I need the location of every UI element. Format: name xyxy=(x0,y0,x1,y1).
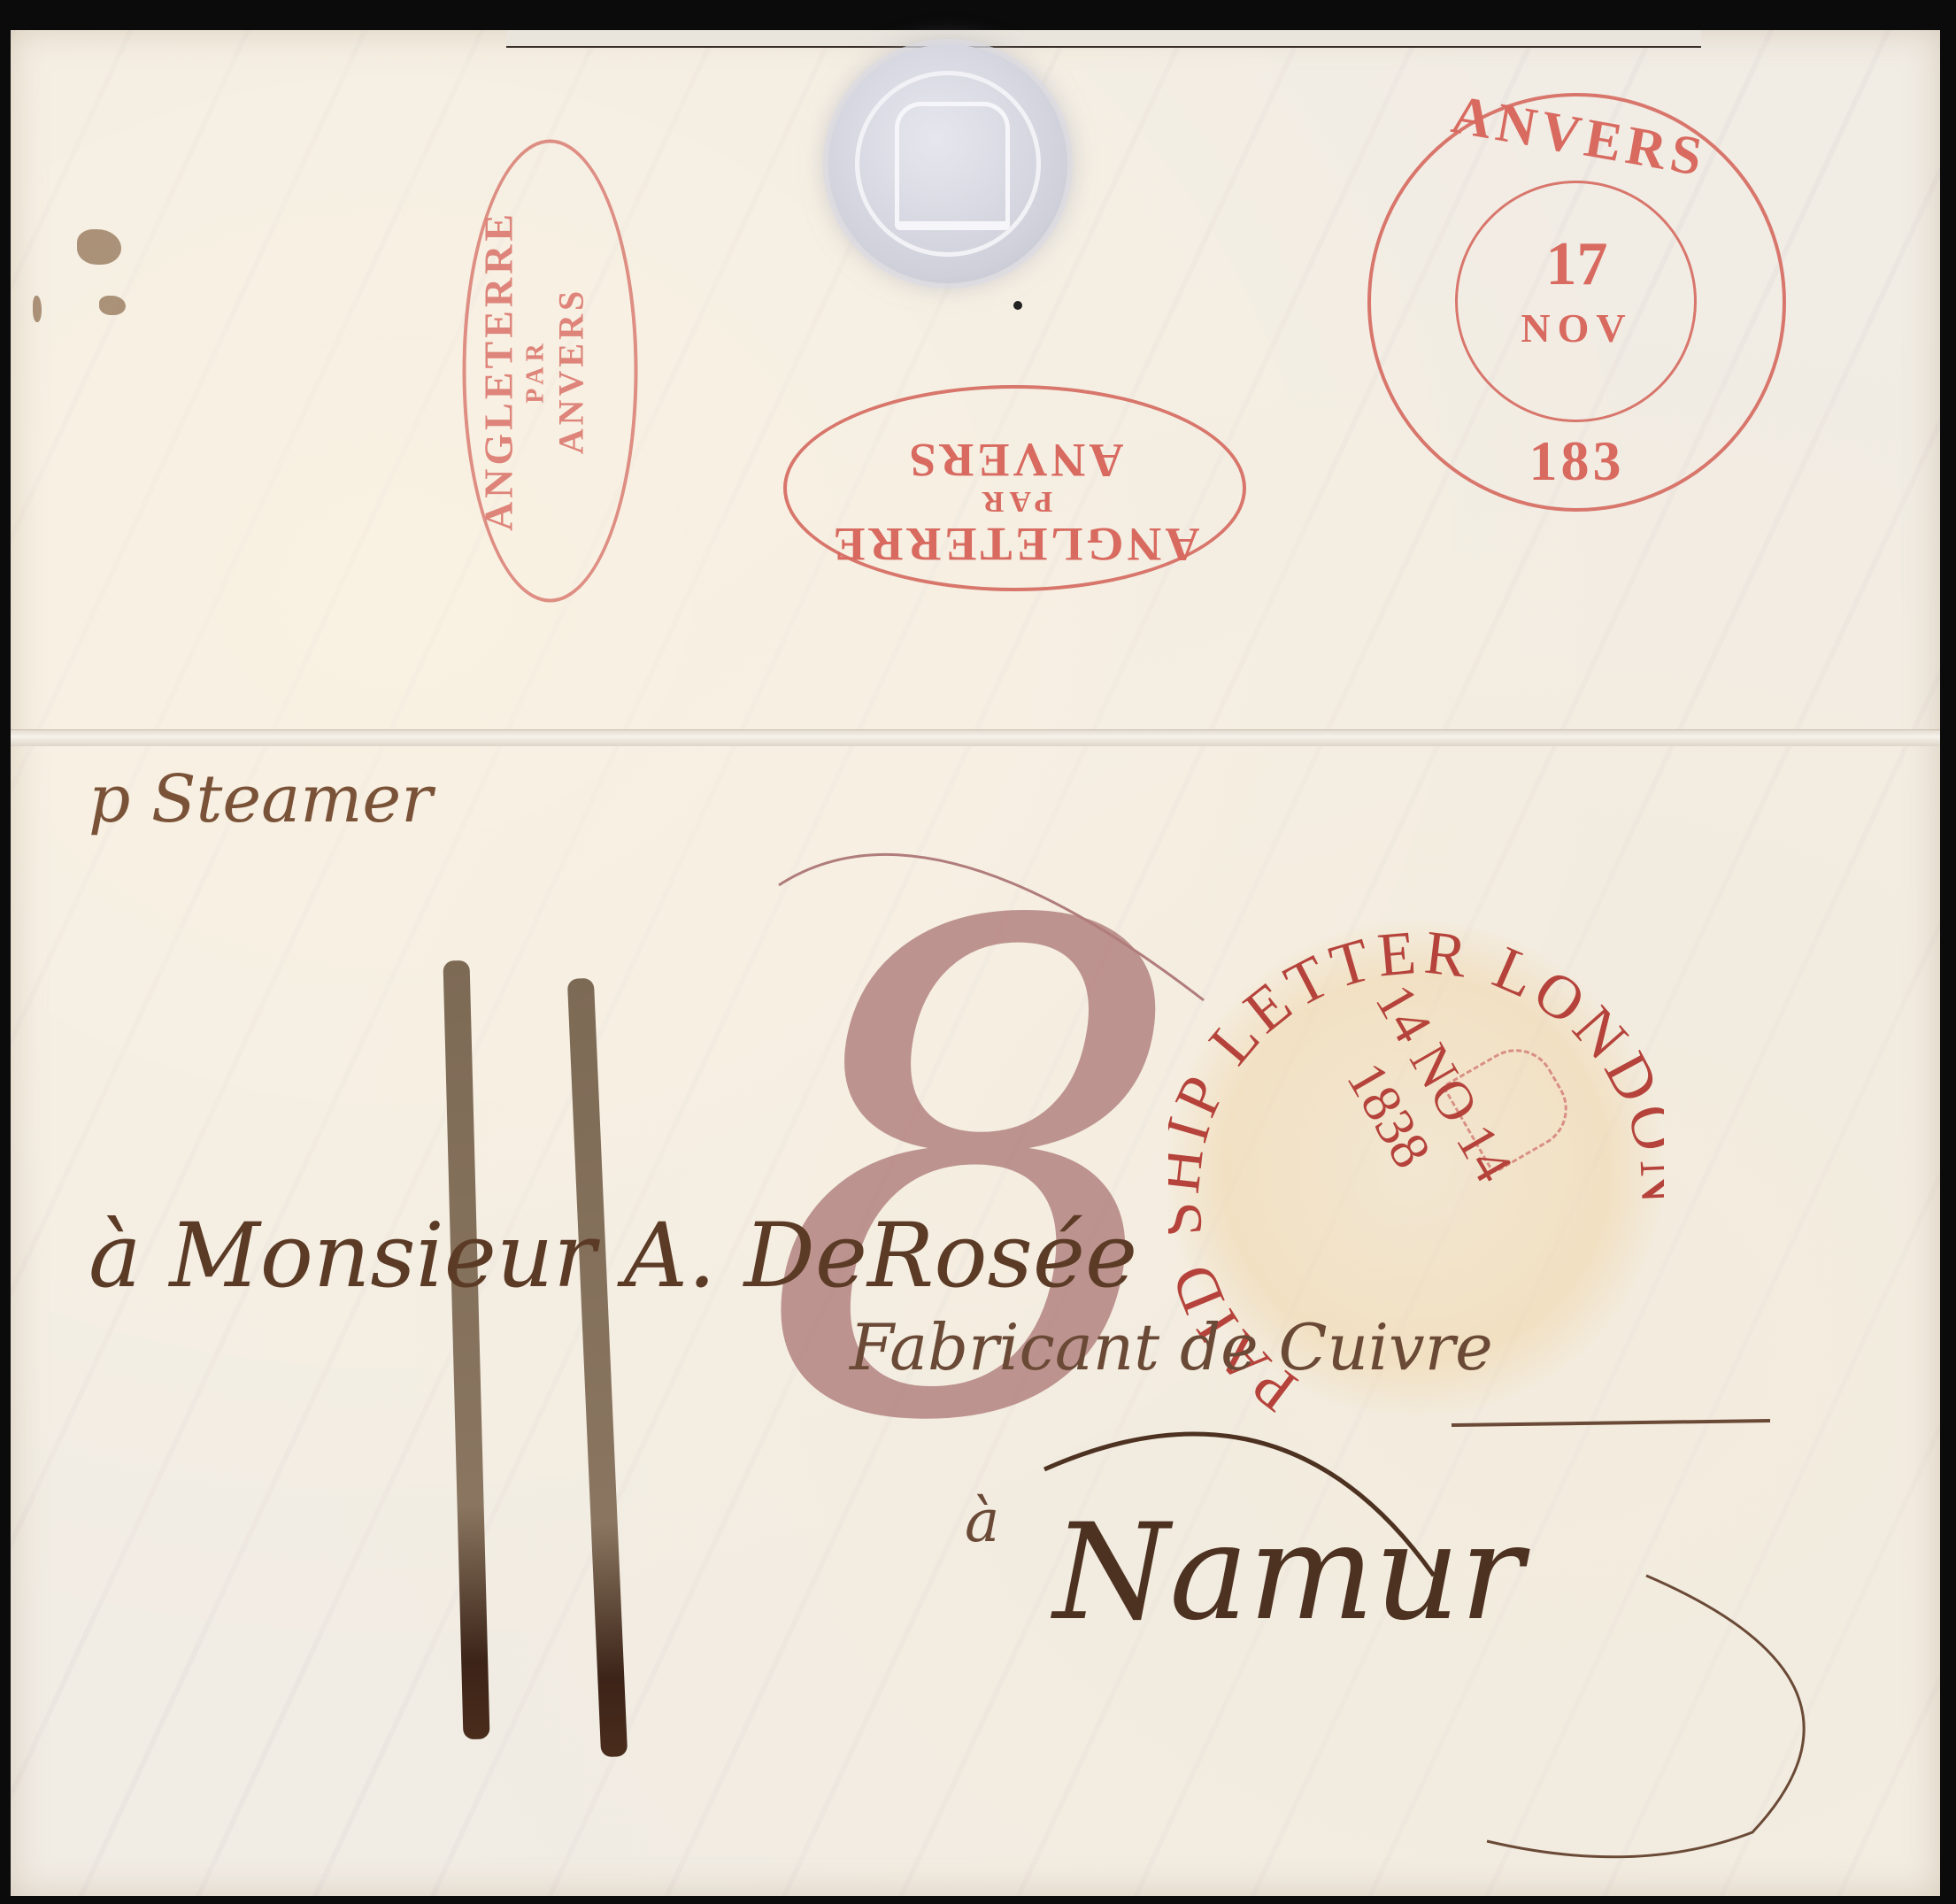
oval-line-3: ANVERS xyxy=(787,436,1243,485)
oval-line-1: ANGLETERRE xyxy=(787,517,1243,572)
oval-line-2: PAR xyxy=(787,485,1243,517)
oval-entry-marking: ANGLETERRE PAR ANVERS xyxy=(783,385,1246,591)
datestamp-year: 183 xyxy=(1371,428,1783,494)
embossed-seal xyxy=(828,44,1067,283)
address-line-2: Fabricant de Cuivre xyxy=(850,1310,1493,1384)
oval-rot-line-2: PAR xyxy=(522,143,551,599)
crown-icon xyxy=(895,102,1010,230)
fold-crease xyxy=(11,729,1940,746)
oval-rot-line-1: ANGLETERRE xyxy=(475,143,522,599)
address-line-3-prefix: à xyxy=(965,1487,999,1555)
datestamp-inner-ring xyxy=(1455,181,1697,422)
datestamp-day: 17 xyxy=(1371,229,1783,300)
top-flap xyxy=(506,30,1701,48)
ink-stain xyxy=(77,229,121,265)
datestamp-month: NOV xyxy=(1371,304,1783,351)
seal-hole xyxy=(1013,301,1022,310)
oval-rot-line-3: ANVERS xyxy=(551,143,592,599)
routing-instruction: p Steamer xyxy=(89,761,433,837)
anvers-datestamp: ANVERS 17 NOV 183 xyxy=(1367,93,1786,512)
ink-stain xyxy=(33,296,42,322)
address-line-3-city: Namur xyxy=(1053,1496,1523,1650)
oval-entry-marking-rotated: ANGLETERRE PAR ANVERS xyxy=(463,140,638,603)
ink-stain xyxy=(99,296,126,315)
address-line-1: à Monsieur A. DeRosée xyxy=(89,1204,1137,1307)
rate-marking-red: 8 xyxy=(761,841,1190,1514)
